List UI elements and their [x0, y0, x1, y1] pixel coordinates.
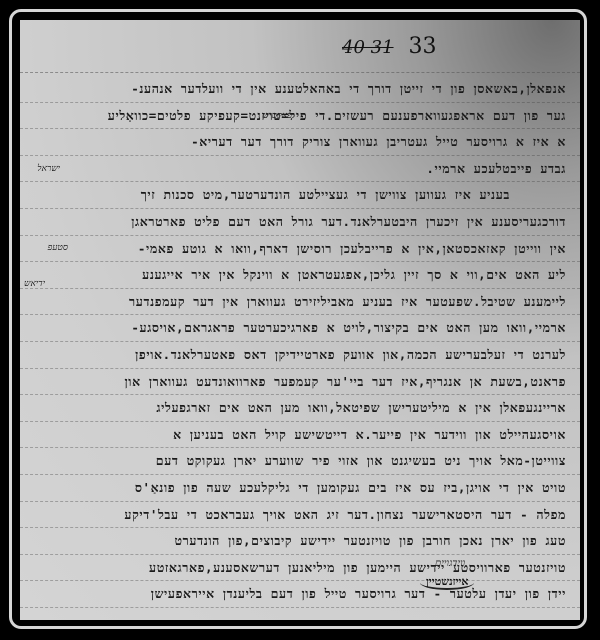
text-line: פראנט,בשעת אן אנגריף,איז דער ביי'ער קעמפ… [20, 369, 580, 396]
text-line: יידן פון יעדן עלטער - דער גרויסער טייל פ… [20, 581, 580, 608]
text-line: אריינגעפאלן אין א מיליטערישן שפיטאל,וואו… [20, 395, 580, 422]
text-line: אנפאלן,באשאסן פון די זייטן דורך די באהאל… [20, 76, 580, 103]
text-line: ליימענע שטיבל.שפעטער איז בעניע מאביליזיר… [20, 289, 580, 316]
page-number: 40 31 33 [342, 34, 437, 59]
current-page-number: 33 [409, 34, 437, 59]
handwritten-signature-note: ווידגויים [435, 558, 465, 569]
text-line: בעניע איז געווען צווישן די געציילטע הונד… [20, 182, 580, 209]
text-line: אין ווייטן קאזאכסטאן,אין א פרייבלעכן רוס… [20, 236, 580, 263]
text-line: טויזנטער פארוויסטע יידישע היימען פון מיל… [20, 555, 580, 582]
handwritten-note: סטעפ [48, 242, 68, 253]
handwritten-note: ישראל [37, 163, 60, 174]
text-line: אויסגעהיילט און ווידער אין פייער.א דייטש… [20, 422, 580, 449]
handwritten-note: פאקטיש [263, 110, 292, 121]
text-line: גבדע פייבטלעכע ארמיי. [20, 156, 580, 183]
text-line: גער פון דעם אראפגעווארפענעם רעשזים.די פי… [20, 103, 580, 130]
text-line: לערנט די זעלבערישע הכמה,און אוועק פארטיי… [20, 342, 580, 369]
text-line: ליע האט אים,ווי א סך זיין גליכן,אפגעטראט… [20, 262, 580, 289]
text-line: ארמיי,וואו מען האט אים בקיצור,לויט א פאר… [20, 315, 580, 342]
text-line: א איז א גרויסער טייל געטריבן געווארן צור… [20, 129, 580, 156]
typed-text-body: אנפאלן,באשאסן פון די זייטן דורך די באהאל… [20, 76, 580, 608]
signature: אייזנשטיין [420, 575, 474, 590]
text-line: טויט אין די אויגן,ביז עס איז בים געקומען… [20, 475, 580, 502]
text-line: טעג פון יארן נאכן חורבן פון טויזנטער ייד… [20, 528, 580, 555]
header-rule [20, 72, 580, 73]
text-line: דורכגעריסענע אין זיכערן היבטערלאנד.דער ג… [20, 209, 580, 236]
struck-page-number: 40 31 [342, 37, 394, 58]
text-line: מפלה - דער היסטארישער נצחון.דער זיג האט … [20, 502, 580, 529]
handwritten-note: ידיאש [24, 278, 45, 289]
document-page: 40 31 33 אנפאלן,באשאסן פון די זייטן דורך… [20, 20, 580, 620]
text-line: צווייטן-מאל אויך ניט בעשיגנט און אזוי פי… [20, 448, 580, 475]
